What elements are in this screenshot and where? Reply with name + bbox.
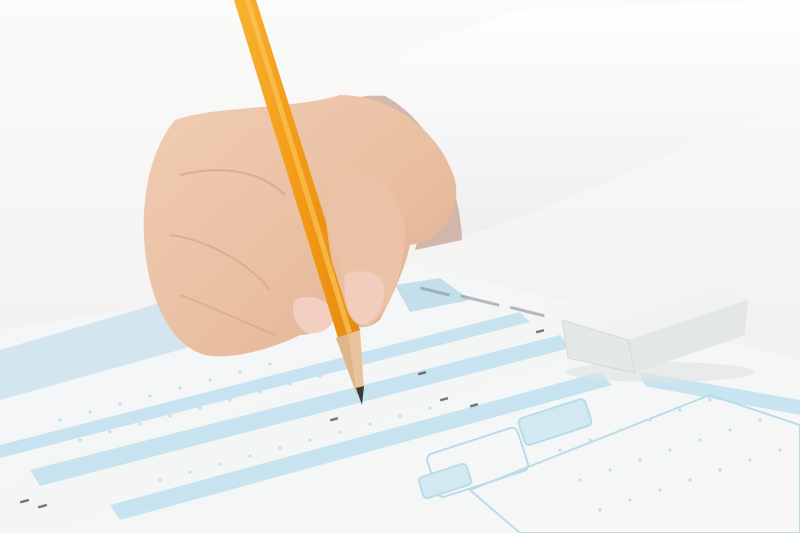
eraser bbox=[562, 282, 755, 382]
photo-scene bbox=[0, 0, 800, 533]
photo-illustration bbox=[0, 0, 800, 533]
